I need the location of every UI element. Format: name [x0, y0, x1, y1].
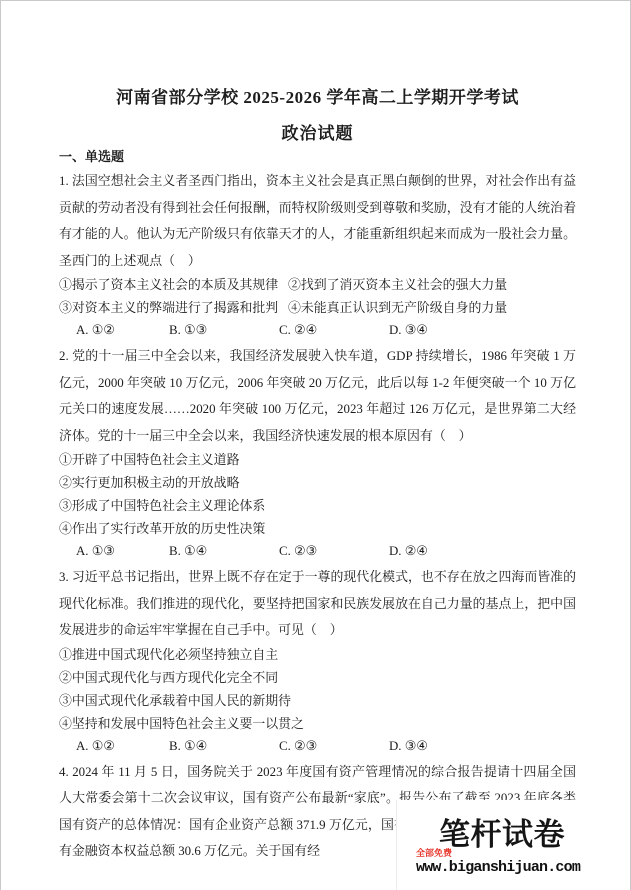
- option-item: ④作出了实行改革开放的历史性决策: [59, 518, 576, 541]
- option-item: ③对资本主义的弊端进行了揭露和批判: [59, 297, 288, 320]
- exam-document-page: 河南省部分学校 2025-2026 学年高二上学期开学考试 政治试题 一、单选题…: [0, 0, 631, 890]
- option-item: ②找到了消灭资本主义社会的强大力量: [288, 274, 576, 297]
- watermark-brand-text: 笔杆试卷: [439, 818, 565, 852]
- choice-item: A. ①③: [76, 541, 169, 562]
- choice-item: D. ③④: [389, 320, 428, 341]
- choice-item: C. ②③: [279, 736, 389, 757]
- option-item: ①推进中国式现代化必须坚持独立自主: [59, 644, 576, 667]
- question-3: 3. 习近平总书记指出，世界上既不存在定于一尊的现代化模式，也不存在放之四海而皆…: [59, 564, 576, 757]
- choice-item: A. ①②: [76, 320, 169, 341]
- option-item: ④未能真正认识到无产阶级自身的力量: [288, 297, 576, 320]
- option-item: ③形成了中国特色社会主义理论体系: [59, 495, 576, 518]
- answer-choices: A. ①② B. ①③ C. ②④ D. ③④: [59, 320, 576, 341]
- choice-item: B. ①③: [169, 320, 279, 341]
- choice-item: C. ②③: [279, 541, 389, 562]
- choice-item: A. ①②: [76, 736, 169, 757]
- watermark-logo: 笔杆试卷 全部免费 www.biganshijuan.com: [396, 800, 630, 890]
- option-item: ③中国式现代化承载着中国人民的新期待: [59, 690, 576, 713]
- document-content: 河南省部分学校 2025-2026 学年高二上学期开学考试 政治试题 一、单选题…: [59, 1, 576, 865]
- option-item: ②中国式现代化与西方现代化完全不同: [59, 667, 576, 690]
- document-title: 河南省部分学校 2025-2026 学年高二上学期开学考试: [59, 88, 576, 108]
- question-stem: 1. 法国空想社会主义者圣西门指出，资本主义社会是真正黑白颠倒的世界，对社会作出…: [59, 168, 576, 274]
- watermark-url: www.biganshijuan.com: [416, 858, 580, 877]
- option-item: ①开辟了中国特色社会主义道路: [59, 449, 576, 472]
- question-2: 2. 党的十一届三中全会以来，我国经济发展驶入快车道，GDP 持续增长，1986…: [59, 343, 576, 562]
- option-item: ④坚持和发展中国特色社会主义要一以贯之: [59, 713, 576, 736]
- answer-choices: A. ①② B. ①④ C. ②③ D. ③④: [59, 736, 576, 757]
- choice-item: C. ②④: [279, 320, 389, 341]
- question-options: ①揭示了资本主义社会的本质及其规律 ②找到了消灭资本主义社会的强大力量 ③对资本…: [59, 274, 576, 320]
- choice-item: D. ③④: [389, 736, 428, 757]
- option-item: ①揭示了资本主义社会的本质及其规律: [59, 274, 288, 297]
- question-stem: 2. 党的十一届三中全会以来，我国经济发展驶入快车道，GDP 持续增长，1986…: [59, 343, 576, 449]
- choice-item: B. ①④: [169, 541, 279, 562]
- question-1: 1. 法国空想社会主义者圣西门指出，资本主义社会是真正黑白颠倒的世界，对社会作出…: [59, 168, 576, 341]
- section-heading: 一、单选题: [59, 148, 576, 165]
- answer-choices: A. ①③ B. ①④ C. ②③ D. ②④: [59, 541, 576, 562]
- option-item: ②实行更加积极主动的开放战略: [59, 472, 576, 495]
- watermark-tagline: 全部免费: [416, 848, 452, 858]
- choice-item: D. ②④: [389, 541, 428, 562]
- choice-item: B. ①④: [169, 736, 279, 757]
- question-stem: 3. 习近平总书记指出，世界上既不存在定于一尊的现代化模式，也不存在放之四海而皆…: [59, 564, 576, 644]
- document-subtitle: 政治试题: [59, 124, 576, 144]
